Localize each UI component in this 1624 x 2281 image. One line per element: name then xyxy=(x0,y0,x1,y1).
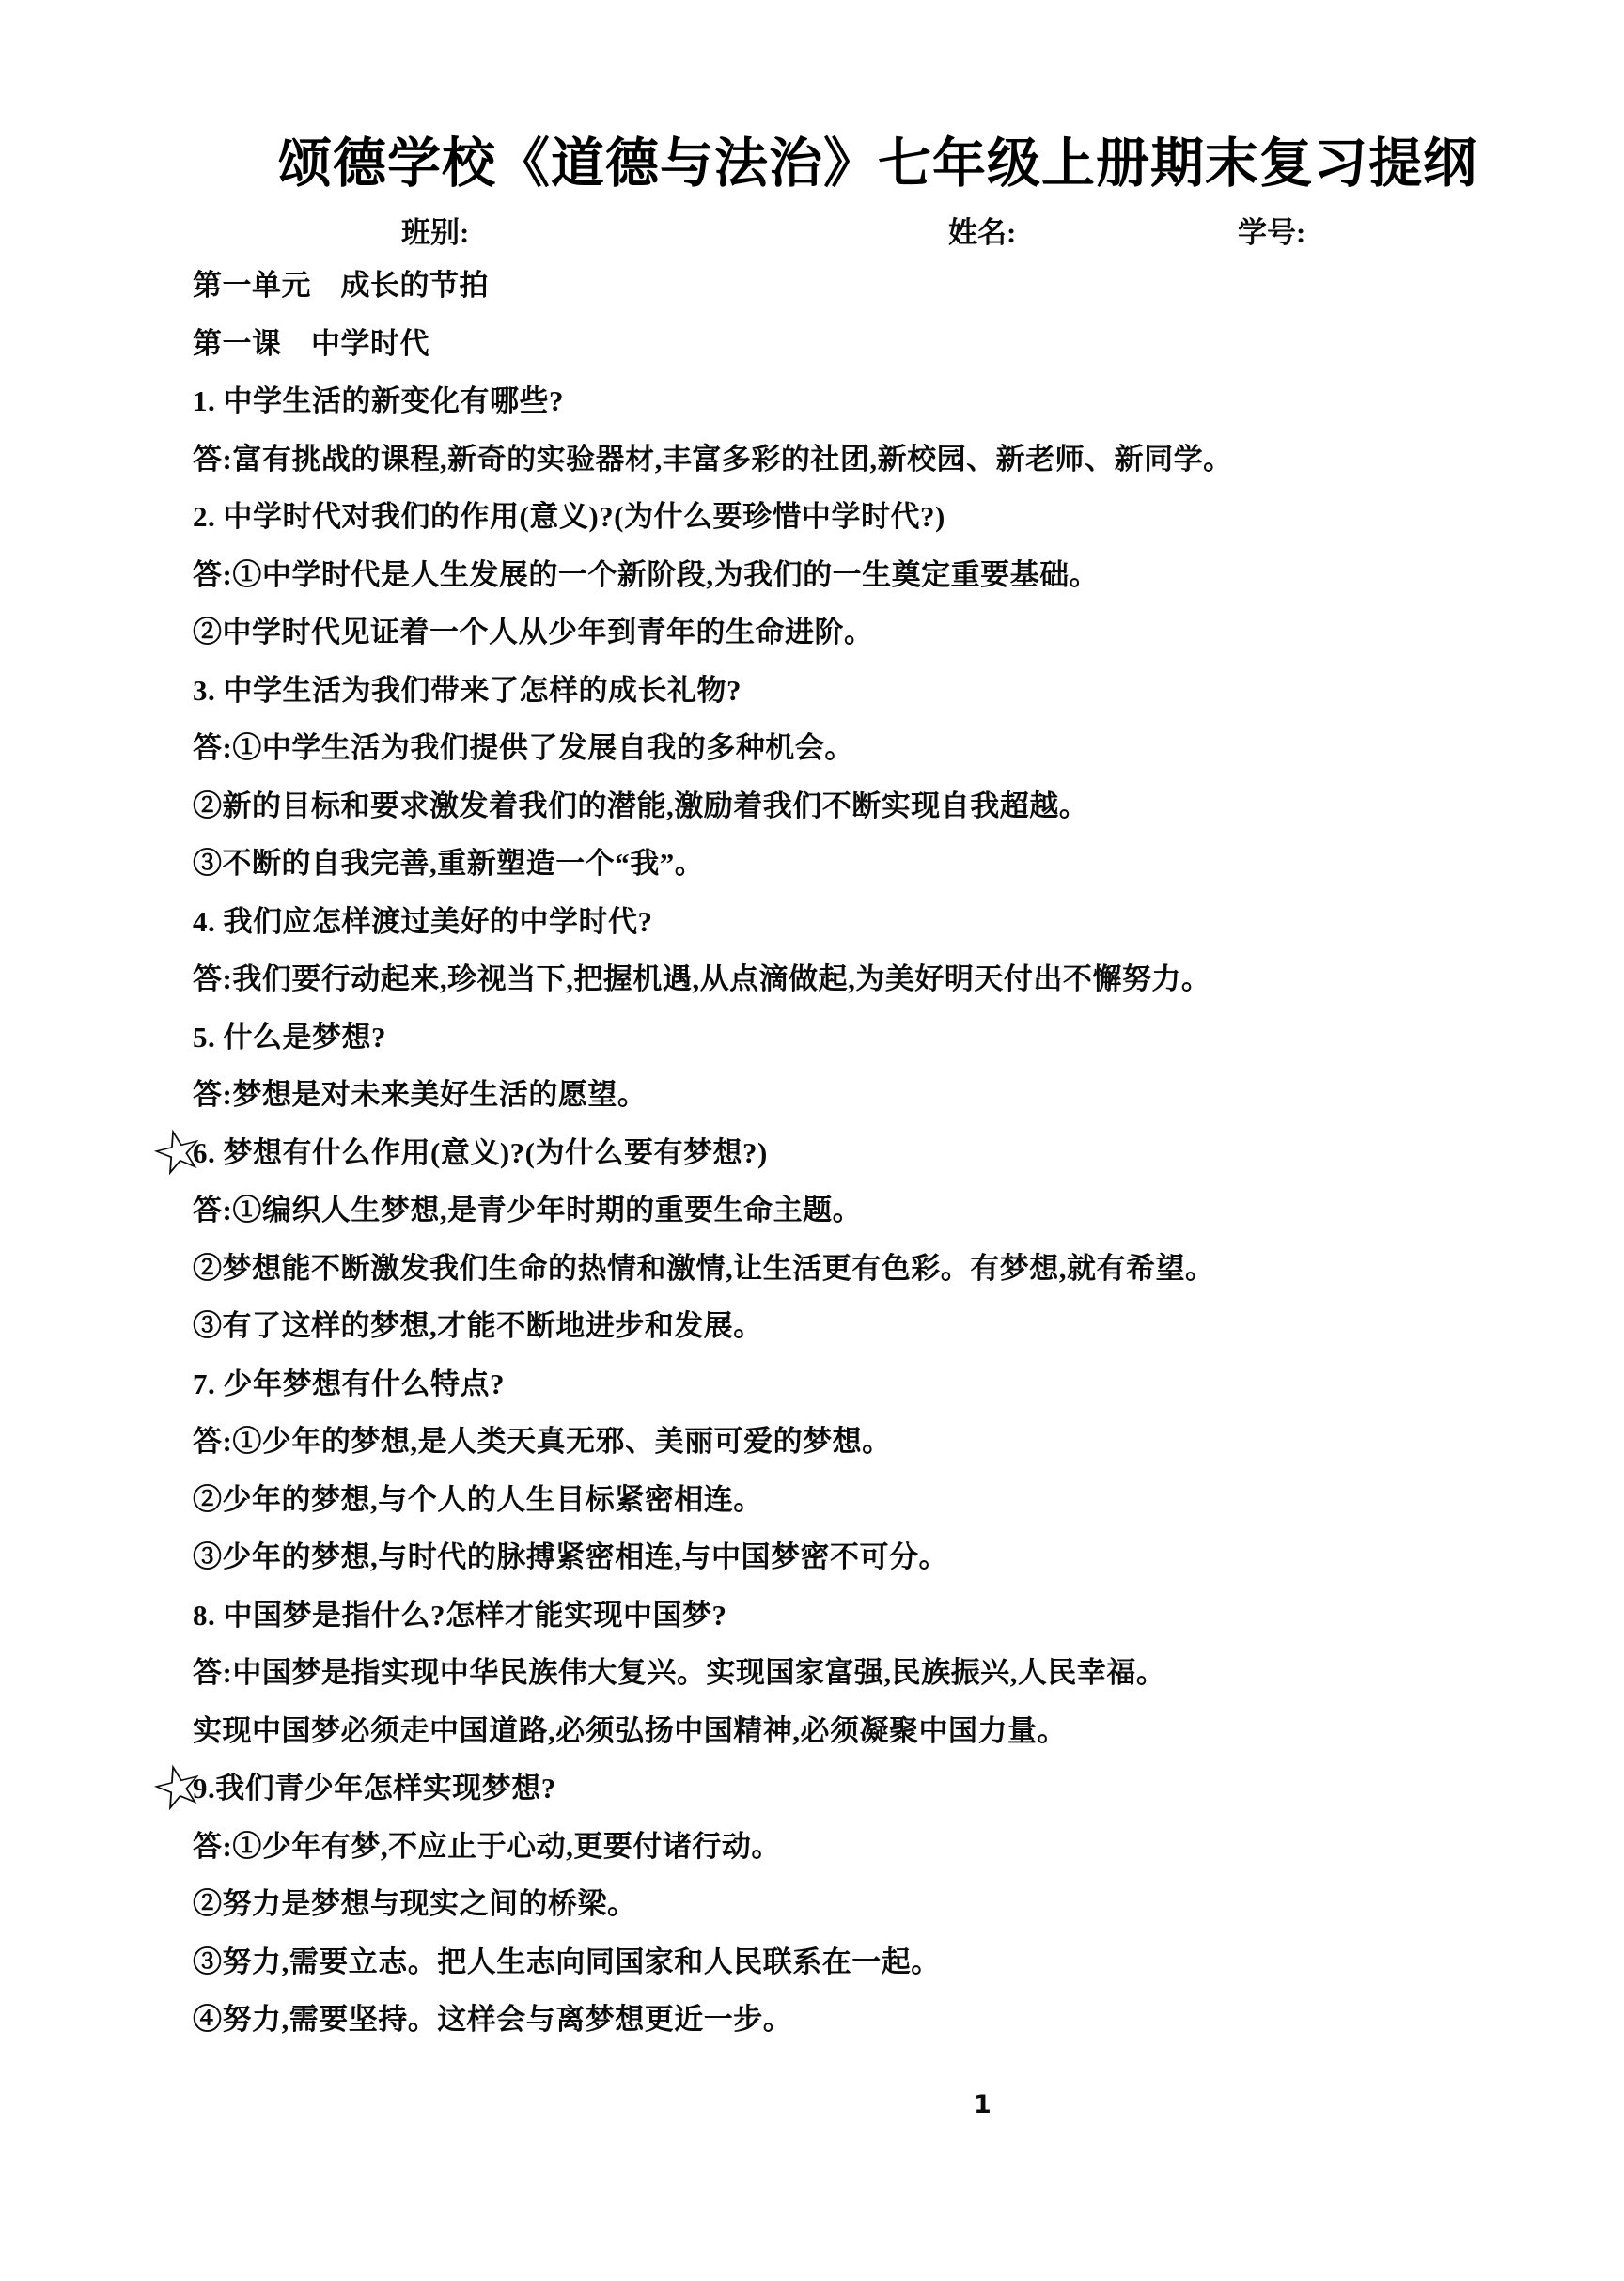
line-text: 8. 中国梦是指什么?怎样才能实现中国梦? xyxy=(193,1599,727,1632)
document-line: 第一课 中学时代 xyxy=(193,315,1521,373)
document-line: ④努力,需要坚持。这样会与离梦想更近一步。 xyxy=(193,1991,1521,2049)
document-line: 答:中国梦是指实现中华民族伟大复兴。实现国家富强,民族振兴,人民幸福。 xyxy=(193,1644,1521,1702)
line-text: 5. 什么是梦想? xyxy=(193,1021,386,1054)
document-line: 答:梦想是对未来美好生活的愿望。 xyxy=(193,1066,1521,1124)
class-field-label: 班别: xyxy=(401,209,469,251)
line-text: 3. 中学生活为我们带来了怎样的成长礼物? xyxy=(193,674,742,707)
line-text: ③有了这样的梦想,才能不断地进步和发展。 xyxy=(193,1309,763,1342)
line-text: ②新的目标和要求激发着我们的潜能,激励着我们不断实现自我超越。 xyxy=(193,789,1088,822)
page-title: 颂德学校《道德与法治》七年级上册期末复习提纲 xyxy=(278,120,1477,197)
line-text: 答:中国梦是指实现中华民族伟大复兴。实现国家富强,民族振兴,人民幸福。 xyxy=(193,1656,1165,1689)
document-line: ③不断的自我完善,重新塑造一个“我”。 xyxy=(193,835,1521,893)
line-text: 6. 梦想有什么作用(意义)?(为什么要有梦想?) xyxy=(193,1136,768,1169)
line-text: ②梦想能不断激发我们生命的热情和激情,让生活更有色彩。有梦想,就有希望。 xyxy=(193,1252,1215,1285)
handwritten-star-icon: ☆ xyxy=(145,1754,211,1823)
line-text: 答:①少年有梦,不应止于心动,更要付诸行动。 xyxy=(193,1830,781,1863)
document-line: 3. 中学生活为我们带来了怎样的成长礼物? xyxy=(193,662,1521,720)
line-text: ②努力是梦想与现实之间的桥梁。 xyxy=(193,1887,637,1920)
document-line: ②新的目标和要求激发着我们的潜能,激励着我们不断实现自我超越。 xyxy=(193,777,1521,836)
line-text: 1. 中学生活的新变化有哪些? xyxy=(193,384,564,417)
line-text: ③努力,需要立志。把人生志向同国家和人民联系在一起。 xyxy=(193,1945,941,1978)
document-line: ③少年的梦想,与时代的脉搏紧密相连,与中国梦密不可分。 xyxy=(193,1528,1521,1586)
line-text: 2. 中学时代对我们的作用(意义)?(为什么要珍惜中学时代?) xyxy=(193,500,945,533)
document-line: 7. 少年梦想有什么特点? xyxy=(193,1355,1521,1414)
document-line: 答:①少年有梦,不应止于心动,更要付诸行动。 xyxy=(193,1818,1521,1876)
document-line: ②少年的梦想,与个人的人生目标紧密相连。 xyxy=(193,1471,1521,1529)
handwritten-star-icon: ☆ xyxy=(145,1117,211,1187)
line-text: 答:我们要行动起来,珍视当下,把握机遇,从点滴做起,为美好明天付出不懈努力。 xyxy=(193,962,1210,995)
page-number: 1 xyxy=(974,2090,992,2119)
study-guide-page: 颂德学校《道德与法治》七年级上册期末复习提纲 班别: 姓名: 学号: 第一单元 … xyxy=(0,0,1624,2281)
document-line: 答:①少年的梦想,是人类天真无邪、美丽可爱的梦想。 xyxy=(193,1413,1521,1471)
document-line: 答:富有挑战的课程,新奇的实验器材,丰富多彩的社团,新校园、新老师、新同学。 xyxy=(193,430,1521,489)
line-text: 答:①中学生活为我们提供了发展自我的多种机会。 xyxy=(193,731,854,764)
line-text: 答:梦想是对未来美好生活的愿望。 xyxy=(193,1078,647,1111)
document-line: 答:①中学生活为我们提供了发展自我的多种机会。 xyxy=(193,719,1521,777)
document-line: 2. 中学时代对我们的作用(意义)?(为什么要珍惜中学时代?) xyxy=(193,488,1521,546)
document-line: 5. 什么是梦想? xyxy=(193,1008,1521,1067)
line-text: 9.我们青少年怎样实现梦想? xyxy=(193,1772,556,1804)
document-body: 第一单元 成长的节拍第一课 中学时代1. 中学生活的新变化有哪些?答:富有挑战的… xyxy=(193,257,1521,2049)
line-text: 第一单元 成长的节拍 xyxy=(193,269,489,302)
document-line: 答:①编织人生梦想,是青少年时期的重要生命主题。 xyxy=(193,1181,1521,1240)
line-text: 答:①中学时代是人生发展的一个新阶段,为我们的一生奠定重要基础。 xyxy=(193,558,1099,591)
line-text: 第一课 中学时代 xyxy=(193,327,429,360)
line-text: 实现中国梦必须走中国道路,必须弘扬中国精神,必须凝聚中国力量。 xyxy=(193,1714,1067,1747)
line-text: ②中学时代见证着一个人从少年到青年的生命进阶。 xyxy=(193,616,874,648)
document-line: 4. 我们应怎样渡过美好的中学时代? xyxy=(193,893,1521,951)
document-line: ②努力是梦想与现实之间的桥梁。 xyxy=(193,1875,1521,1933)
document-line: 答:我们要行动起来,珍视当下,把握机遇,从点滴做起,为美好明天付出不懈努力。 xyxy=(193,950,1521,1008)
document-line: 8. 中国梦是指什么?怎样才能实现中国梦? xyxy=(193,1586,1521,1645)
line-text: 4. 我们应怎样渡过美好的中学时代? xyxy=(193,905,653,938)
document-line: 第一单元 成长的节拍 xyxy=(193,257,1521,315)
line-text: ④努力,需要坚持。这样会与离梦想更近一步。 xyxy=(193,2003,792,2036)
line-text: 答:富有挑战的课程,新奇的实验器材,丰富多彩的社团,新校园、新老师、新同学。 xyxy=(193,443,1233,476)
document-line-starred: ☆6. 梦想有什么作用(意义)?(为什么要有梦想?) xyxy=(193,1124,1521,1182)
student-id-field-label: 学号: xyxy=(1238,209,1305,251)
document-line-starred: ☆9.我们青少年怎样实现梦想? xyxy=(193,1759,1521,1818)
document-line: 实现中国梦必须走中国道路,必须弘扬中国精神,必须凝聚中国力量。 xyxy=(193,1702,1521,1760)
line-text: ③少年的梦想,与时代的脉搏紧密相连,与中国梦密不可分。 xyxy=(193,1540,948,1573)
document-line: ③有了这样的梦想,才能不断地进步和发展。 xyxy=(193,1297,1521,1355)
document-line: 1. 中学生活的新变化有哪些? xyxy=(193,372,1521,430)
line-text: ③不断的自我完善,重新塑造一个“我”。 xyxy=(193,847,704,880)
document-line: 答:①中学时代是人生发展的一个新阶段,为我们的一生奠定重要基础。 xyxy=(193,546,1521,604)
document-line: ②中学时代见证着一个人从少年到青年的生命进阶。 xyxy=(193,603,1521,662)
line-text: 7. 少年梦想有什么特点? xyxy=(193,1367,505,1400)
document-line: ②梦想能不断激发我们生命的热情和激情,让生活更有色彩。有梦想,就有希望。 xyxy=(193,1240,1521,1298)
name-field-label: 姓名: xyxy=(948,209,1016,251)
document-line: ③努力,需要立志。把人生志向同国家和人民联系在一起。 xyxy=(193,1933,1521,1992)
line-text: 答:①少年的梦想,是人类天真无邪、美丽可爱的梦想。 xyxy=(193,1425,892,1458)
line-text: 答:①编织人生梦想,是青少年时期的重要生命主题。 xyxy=(193,1194,862,1226)
line-text: ②少年的梦想,与个人的人生目标紧密相连。 xyxy=(193,1483,763,1516)
